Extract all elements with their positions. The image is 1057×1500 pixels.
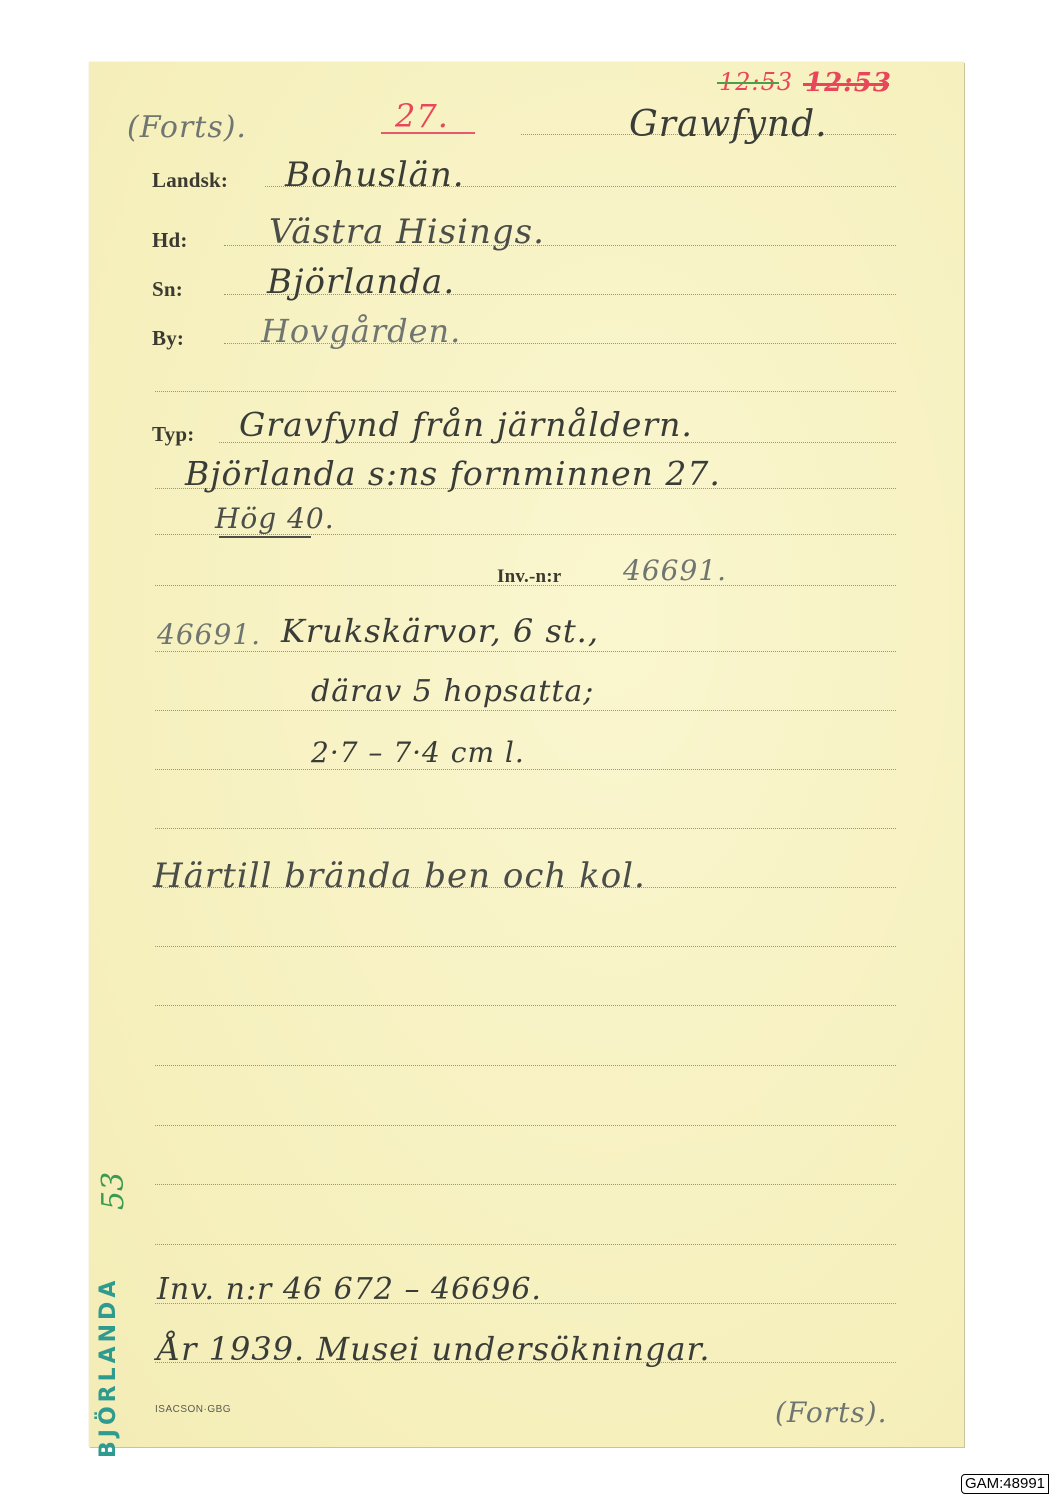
value-typ-line-3: Hög 40. (215, 502, 335, 535)
entry-line-1: Krukskärvor, 6 st., (281, 612, 599, 650)
rule-line (155, 391, 896, 392)
value-sn: Björlanda. (267, 262, 455, 302)
card-number-underline (381, 132, 475, 134)
value-inv-nr: 46691. (623, 554, 727, 587)
label-inv-nr: Inv.-n:r (497, 566, 561, 588)
rule-line (155, 1125, 896, 1126)
note-text: Härtill brända ben och kol. (153, 856, 646, 896)
label-hd: Hd: (152, 228, 188, 253)
value-landsk: Bohuslän. (285, 155, 465, 195)
card-number: 27. (395, 97, 449, 135)
rule-line (155, 651, 896, 652)
printer-mark: ISACSON·GBG (155, 1404, 231, 1415)
entry-line-2: därav 5 hopsatta; (311, 674, 594, 709)
continuation-note-bottom: (Forts). (775, 1396, 888, 1429)
rule-line (155, 710, 896, 711)
label-by: By: (152, 326, 184, 351)
code-struck-strike (803, 83, 889, 86)
value-hd: Västra Hisings. (269, 212, 545, 252)
catalog-id-label: GAM:48991 (961, 1474, 1049, 1494)
rule-line (155, 1005, 896, 1006)
rule-line (155, 828, 896, 829)
value-typ-line-1: Gravfynd från järnåldern. (239, 405, 693, 444)
value-typ-line-2: Björlanda s:ns fornminnen 27. (185, 454, 721, 493)
side-stamp-number: 53 (96, 1172, 131, 1210)
rule-line (155, 1065, 896, 1066)
typ-line-3-underline (219, 536, 311, 538)
rule-line (155, 946, 896, 947)
rule-line (155, 1244, 896, 1245)
code-current-strike (717, 82, 779, 84)
entry-line-3: 2·7 – 7·4 cm l. (311, 736, 525, 769)
value-by: Hovgården. (261, 312, 461, 350)
label-sn: Sn: (152, 277, 183, 302)
rule-line (155, 769, 896, 770)
label-landsk: Landsk: (152, 168, 228, 193)
entry-number: 46691. (157, 618, 261, 651)
label-typ: Typ: (152, 422, 194, 447)
side-stamp-location: BJÖRLANDA (96, 1277, 121, 1458)
continuation-note-top: (Forts). (127, 110, 247, 145)
rule-line (155, 1184, 896, 1185)
category-title: Grawfynd. (629, 104, 828, 145)
archive-card: (Forts). 27. Grawfynd. 12:53 12:53 Lands… (89, 62, 964, 1447)
year-line: År 1939. Musei undersökningar. (157, 1330, 710, 1368)
inv-range: Inv. n:r 46 672 – 46696. (157, 1272, 542, 1307)
